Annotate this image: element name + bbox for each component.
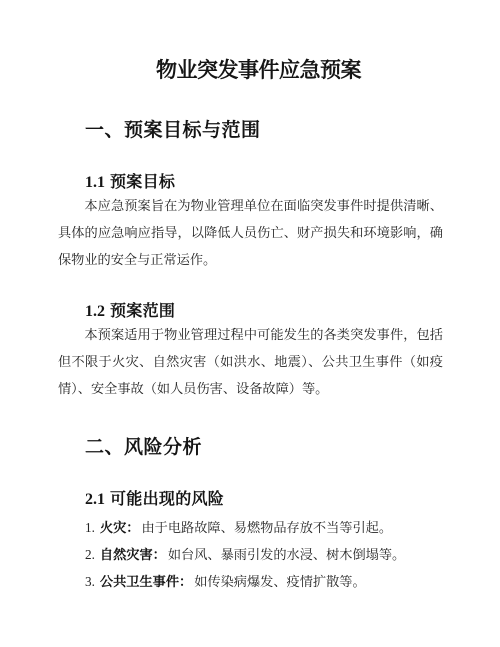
paragraph-plan-objective: 本应急预案旨在为物业管理单位在面临突发事件时提供清晰、具体的应急响应指导，以降低… [58,192,443,273]
subsection-number: 1.2 [85,303,105,320]
list-item-term: 自然灾害： [100,547,166,562]
subsection-title: 可能出现的风险 [110,491,224,508]
subsection-number: 1.1 [85,174,105,191]
list-item-natural-disaster: 2.自然灾害：如台风、暴雨引发的水浸、树木倒塌等。 [85,541,443,568]
list-item-term: 火灾： [100,520,140,535]
risk-list: 1.火灾：由于电路故障、易燃物品存放不当等引起。 2.自然灾害：如台风、暴雨引发… [85,514,443,595]
list-item-number: 2. [85,547,95,562]
document-title: 物业突发事件应急预案 [58,57,443,85]
subsection-heading-plan-scope: 1.2预案范围 [85,303,443,321]
list-item-public-health: 3.公共卫生事件：如传染病爆发、疫情扩散等。 [85,568,443,595]
subsection-heading-plan-objective: 1.1预案目标 [85,174,443,192]
list-item-term: 公共卫生事件： [100,574,192,589]
section-heading-objectives-and-scope: 一、预案目标与范围 [85,118,443,144]
subsection-title: 预案目标 [110,174,175,191]
list-item-number: 3. [85,574,95,589]
subsection-heading-possible-risks: 2.1可能出现的风险 [85,491,443,509]
section-heading-risk-analysis: 二、风险分析 [85,435,443,461]
paragraph-plan-scope: 本预案适用于物业管理过程中可能发生的各类突发事件，包括但不限于火灾、自然灾害（如… [58,321,443,402]
list-item-description: 由于电路故障、易燃物品存放不当等引起。 [141,520,392,535]
list-item-description: 如台风、暴雨引发的水浸、树木倒塌等。 [168,547,405,562]
document-content: 物业突发事件应急预案 一、预案目标与范围 1.1预案目标 本应急预案旨在为物业管… [0,0,500,595]
list-item-description: 如传染病爆发、疫情扩散等。 [194,574,365,589]
list-item-fire: 1.火灾：由于电路故障、易燃物品存放不当等引起。 [85,514,443,541]
document-page: 物业突发事件应急预案 一、预案目标与范围 1.1预案目标 本应急预案旨在为物业管… [0,0,500,647]
subsection-number: 2.1 [85,491,105,508]
list-item-number: 1. [85,520,95,535]
subsection-title: 预案范围 [110,303,175,320]
